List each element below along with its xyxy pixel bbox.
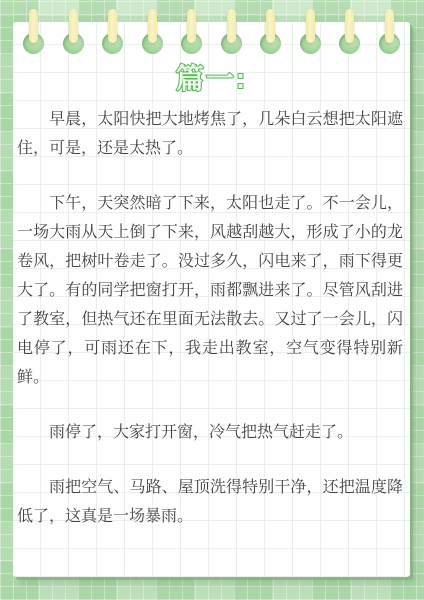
binding-strap-icon	[266, 9, 275, 43]
binding-strap-icon	[385, 9, 394, 43]
section-title: 篇一:	[13, 57, 410, 97]
binding-strap-icon	[345, 9, 354, 43]
binding-strap-icon	[108, 9, 117, 43]
notebook-background: 篇一: 早晨，太阳快把大地烤焦了，几朵白云想把太阳遮住，可是，还是太热了。下午，…	[0, 0, 424, 600]
essay-paragraph: 下午，天突然暗了下来，太阳也走了。不一会儿，一场大雨从天上倒了下来，风越刮越大，…	[17, 189, 403, 392]
essay-paragraph: 早晨，太阳快把大地烤焦了，几朵白云想把太阳遮住，可是，还是太热了。	[17, 105, 403, 163]
binding-strap-icon	[69, 9, 78, 43]
binding-hole	[221, 33, 242, 54]
binding-strap-icon	[187, 9, 196, 43]
binding-hole	[339, 33, 360, 54]
notebook-page: 篇一: 早晨，太阳快把大地烤焦了，几朵白云想把太阳遮住，可是，还是太热了。下午，…	[13, 22, 410, 577]
essay-paragraph: 雨把空气、马路、屋顶洗得特别干净，还把温度降低了，这真是一场暴雨。	[17, 473, 403, 531]
binding-hole	[142, 33, 163, 54]
binding-hole	[23, 33, 44, 54]
essay-paragraph: 雨停了，大家打开窗，冷气把热气赶走了。	[17, 418, 403, 447]
binding-holes	[13, 33, 410, 55]
binding-hole	[379, 33, 400, 54]
essay-body: 早晨，太阳快把大地烤焦了，几朵白云想把太阳遮住，可是，还是太热了。下午，天突然暗…	[13, 105, 410, 557]
binding-strap-icon	[306, 9, 315, 43]
binding-hole	[300, 33, 321, 54]
binding-hole	[63, 33, 84, 54]
binding-strap-icon	[29, 9, 38, 43]
binding-hole	[181, 33, 202, 54]
binding-strap-icon	[148, 9, 157, 43]
binding-hole	[102, 33, 123, 54]
binding-strap-icon	[227, 9, 236, 43]
binding-hole	[260, 33, 281, 54]
